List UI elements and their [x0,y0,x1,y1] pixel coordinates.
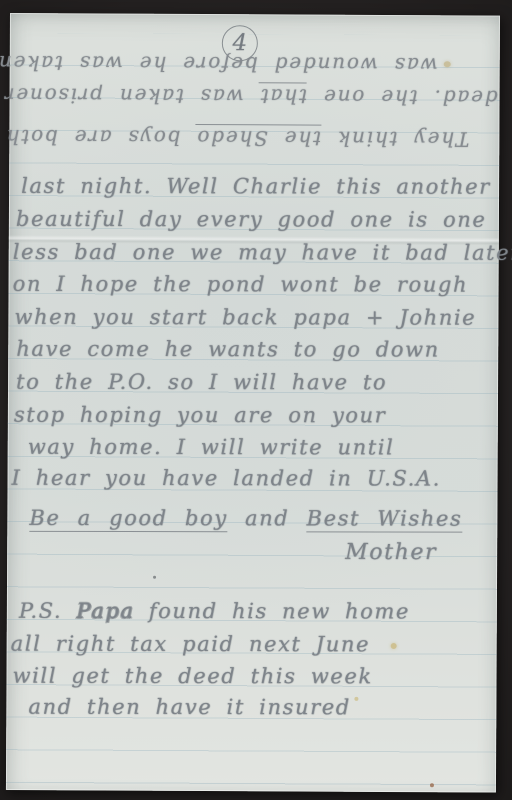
postscript-line1-rest: found his new home [149,599,410,623]
stain [354,697,358,701]
inverted-line1-underlined: the Shedo [196,124,322,151]
closing-line: Be a good boy and Best Wishes [29,506,462,531]
postscript-scribbled-word: Papa [76,599,134,623]
handwritten-line: beautiful day every good one is one [16,207,486,232]
letter-paper: 4 They think the Shedo boys are both dea… [6,13,500,793]
handwritten-line-inverted: dead. the one that was taken prisoner is [9,81,497,121]
handwritten-line: on I hope the pond wont be rough [13,272,469,297]
inverted-line1-pre: They think [336,127,469,152]
handwritten-line: stop hoping you are on your [14,403,386,428]
postscript-line: all right tax paid next June [11,632,370,657]
inverted-line2-post: was taken prisoner [3,83,244,108]
closing-connector: and [245,506,289,530]
inverted-line2-pre: dead. the one [322,85,497,110]
handwritten-line: I hear you have landed in U.S.A. [12,466,441,491]
stain [391,643,397,649]
closing-underlined-1: Be a good boy [29,506,227,532]
handwritten-line: less bad one we may have it bad later [13,240,512,265]
closing-underlined-2: Best Wishes [307,506,463,532]
handwritten-line-inverted: They think the Shedo boys are both [9,118,469,157]
handwritten-line: to the P.O. so I will have to [16,370,387,395]
inverted-text-block: They think the Shedo boys are both dead.… [9,43,500,158]
handwritten-line: when you start back papa + Johnie [14,305,476,330]
postscript-line: and then have it insured [28,695,350,720]
handwritten-line: way home. I will write until [28,435,395,460]
handwritten-line-inverted: was wounded before he was taken [10,44,438,83]
inverted-line1-post: boys are both [5,125,181,150]
inverted-line2-underlined: that [259,83,307,109]
handwritten-line: have come he wants to go down [16,337,440,362]
postscript-label: P.S. [19,599,62,623]
stain [430,783,434,787]
signature: Mother [345,540,437,565]
stain [153,576,156,579]
handwritten-line: last night. Well Charlie this another [21,174,491,199]
postscript-line: P.S. Papa found his new home [19,599,410,624]
postscript-line: will get the deed this week [13,664,373,689]
letter-photograph: 4 They think the Shedo boys are both dea… [0,0,512,800]
